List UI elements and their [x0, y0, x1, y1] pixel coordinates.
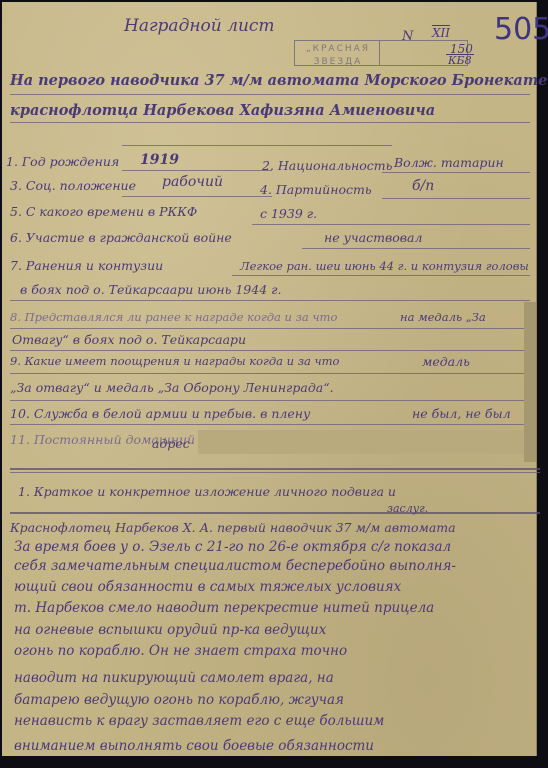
field-civil-war-value: не участвовал: [324, 230, 422, 245]
narrative-line: огонь по кораблю. Он не знает страха точ…: [14, 643, 347, 659]
field-awards-value: медаль: [422, 354, 470, 369]
field-party-label: 4. Партийность: [260, 182, 372, 197]
rule: [10, 94, 530, 95]
award-stamp: „КРАСНАЯ ЗВЕЗДА: [294, 40, 468, 66]
field-social-status-value: рабочий: [162, 174, 223, 190]
field-birth-year-value: 1919: [140, 152, 179, 168]
document-title: Наградной лист: [124, 16, 275, 36]
section-divider: [10, 468, 540, 470]
roman-number: XII: [432, 26, 450, 40]
narrative-line: вниманием выполнять свои боевые обязанно…: [14, 738, 374, 754]
rule: [10, 424, 530, 425]
narrative-line: За время боев у о. Эзель с 21-го по 26-е…: [14, 539, 451, 555]
page-number: 505: [494, 12, 548, 47]
rule: [10, 400, 530, 401]
rule: [10, 328, 530, 329]
field-wounds-value: Легкое ран. шеи июнь 44 г. и контузия го…: [240, 259, 529, 273]
rule: [232, 275, 530, 276]
narrative-line: батарею ведущую огонь по кораблю, жгучая: [14, 692, 344, 708]
section-divider: [10, 472, 540, 473]
redacted-address-area: [198, 430, 536, 454]
field-previous-award-value-cont: Отвагу“ в боях под о. Тейкарсаари: [12, 332, 246, 347]
rule: [122, 170, 272, 171]
field-white-army-label: 10. Служба в белой армии и пребыв. в пле…: [10, 406, 310, 421]
field-previous-award-value: на медаль „За: [400, 310, 486, 324]
narrative-line: на огневые вспышки орудий пр-ка ведущих: [14, 622, 326, 638]
field-nationality-value: Волж. татарин: [394, 155, 504, 170]
field-address-value: адрес: [152, 436, 190, 451]
section-title: 1. Краткое и конкретное изложение личног…: [18, 484, 396, 499]
field-party-value: б/п: [412, 178, 434, 194]
field-wounds-label: 7. Ранения и контузии: [10, 258, 163, 273]
field-birth-year-label: 1. Год рождения: [6, 154, 119, 169]
rule: [302, 248, 530, 249]
narrative-line: Краснофлотец Нарбеков Х. А. первый навод…: [10, 520, 456, 535]
narrative-line: себя замечательным специалистом беспереб…: [14, 558, 456, 574]
rule: [252, 224, 530, 225]
field-service-since-label: 5. С какого времени в РККФ: [10, 204, 197, 219]
field-service-since-value: с 1939 г.: [260, 206, 317, 221]
award-sheet-page: Наградной лист „КРАСНАЯ ЗВЕЗДА N XII 150…: [2, 2, 537, 756]
field-nationality-label: 2. Национальность: [262, 158, 392, 173]
heading-line-1: На первого наводчика 37 м/м автомата Мор…: [10, 72, 548, 89]
stamp-line-1: „КРАСНАЯ: [299, 43, 377, 56]
rule: [10, 300, 530, 301]
stamp-line-2: ЗВЕЗДА: [299, 56, 377, 69]
field-wounds-value-cont: в боях под о. Тейкарсаари июнь 1944 г.: [20, 282, 281, 297]
section-divider: [10, 512, 540, 514]
narrative-line: т. Нарбеков смело наводит перекрестие ни…: [14, 600, 434, 616]
narrative-line: ющий свои обязанности в самых тяжелых ус…: [14, 579, 401, 595]
rule: [122, 145, 392, 146]
rule: [10, 373, 530, 374]
field-awards-label: 9. Какие имеет поощрения и награды когда…: [10, 354, 339, 368]
fraction-bottom: КБ8: [448, 54, 472, 67]
rule: [382, 198, 530, 199]
field-awards-value-cont: „За отвагу“ и медаль „За Оборону Ленингр…: [10, 380, 334, 395]
field-social-status-label: 3. Соц. положение: [10, 178, 136, 193]
scan-edge-shadow: [524, 302, 536, 462]
field-previous-award-label: 8. Представлялся ли ранее к награде когд…: [10, 310, 337, 324]
number-prefix: N: [402, 29, 413, 44]
narrative-line: ненависть к врагу заставляет его с еще б…: [14, 713, 384, 729]
rule: [10, 350, 530, 351]
heading-line-2: краснофлотца Нарбекова Хафизяна Амиенови…: [10, 102, 435, 119]
field-civil-war-label: 6. Участие в гражданской войне: [10, 230, 232, 245]
narrative-line: наводит на пикирующий самолет врага, на: [14, 670, 334, 686]
rule: [10, 122, 530, 123]
rule: [122, 196, 272, 197]
field-white-army-value: не был, не был: [412, 406, 511, 421]
rule: [382, 172, 530, 173]
